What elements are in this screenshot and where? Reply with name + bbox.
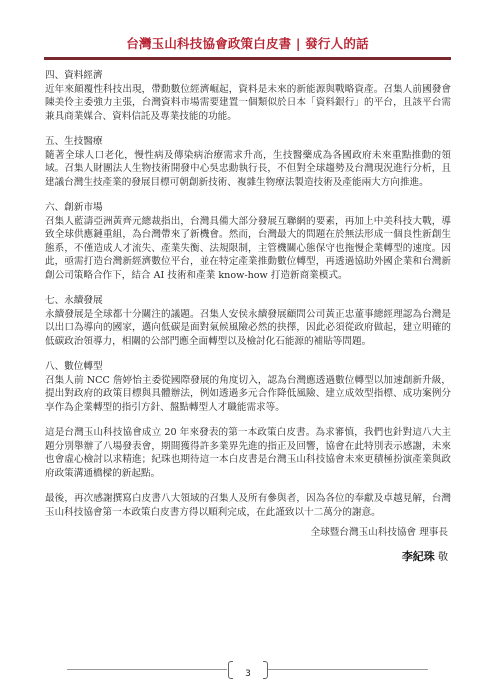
section-paragraph: 永續發展是全球都十分關注的議題。召集人安侯永續發展顧問公司黃正忠董事總經理認為台… [45,308,451,349]
document-body: 四、資料經濟 近年來顛覆性科技出現，帶動數位經濟崛起，資料是未來的新能源與戰略資… [45,69,451,531]
section-paragraph: 召集人藍濤亞洲黃齊元總裁指出，台灣具備大部分發展互聯網的要素，再加上中美科技大戰… [45,215,451,283]
closing-paragraph-1: 這是台灣玉山科技協會成立 20 年來發表的第一本政策白皮書。為求審慎，我們也針對… [45,426,451,480]
section-biotech-medical: 五、生技醫療 隨著全球人口老化，慢性病及傳染病治療需求升高，生技醫藥成為各國政府… [45,135,451,189]
section-innovation-market: 六、創新市場 召集人藍濤亞洲黃齊元總裁指出，台灣具備大部分發展互聯網的要素，再加… [45,201,451,282]
footer-rule-right [268,669,428,670]
section-digital-transformation: 八、數位轉型 召集人前 NCC 詹婷怡主委從國際發展的角度切入，認為台灣應透過數… [45,360,451,414]
page-number-badge: 3 [228,661,268,679]
page-number: 3 [245,669,251,679]
section-paragraph: 隨著全球人口老化，慢性病及傳染病治療需求升高，生技醫藥成為各國政府未來重點推動的… [45,149,451,190]
section-data-economy: 四、資料經濟 近年來顛覆性科技出現，帶動數位經濟崛起，資料是未來的新能源與戰略資… [45,69,451,123]
closing-text: 這是台灣玉山科技協會成立 20 年來發表的第一本政策白皮書。為求審慎，我們也針對… [45,426,451,480]
signatory-name: 李紀珠 [402,550,435,563]
section-heading: 八、數位轉型 [45,360,451,374]
signature-organization: 全球暨台灣玉山科技協會 理事長 [311,524,448,538]
footer-rule-left [67,669,227,670]
left-bracket-icon [228,661,233,679]
closing-paragraph-2: 最後，再次感謝撰寫白皮書八大領域的召集人及所有參與者，因為各位的奉獻及卓越見解，… [45,492,451,519]
page-header-title: 台灣玉山科技協會政策白皮書 | 發行人的話 [0,34,495,52]
section-heading: 四、資料經濟 [45,69,451,83]
section-paragraph: 召集人前 NCC 詹婷怡主委從國際發展的角度切入，認為台灣應透過數位轉型以加速創… [45,374,451,415]
section-sustainability: 七、永續發展 永續發展是全球都十分關注的議題。召集人安侯永續發展顧問公司黃正忠董… [45,294,451,348]
closing-text: 最後，再次感謝撰寫白皮書八大領域的召集人及所有參與者，因為各位的奉獻及卓越見解，… [45,492,451,519]
header-divider [44,57,451,60]
section-heading: 六、創新市場 [45,201,451,215]
right-bracket-icon [263,661,268,679]
section-paragraph: 近年來顛覆性科技出現，帶動數位經濟崛起，資料是未來的新能源與戰略資產。召集人前國… [45,83,451,124]
signature-suffix: 敬 [438,552,448,563]
signature-block: 李紀珠 敬 [402,548,448,564]
section-heading: 五、生技醫療 [45,135,451,149]
section-heading: 七、永續發展 [45,294,451,308]
